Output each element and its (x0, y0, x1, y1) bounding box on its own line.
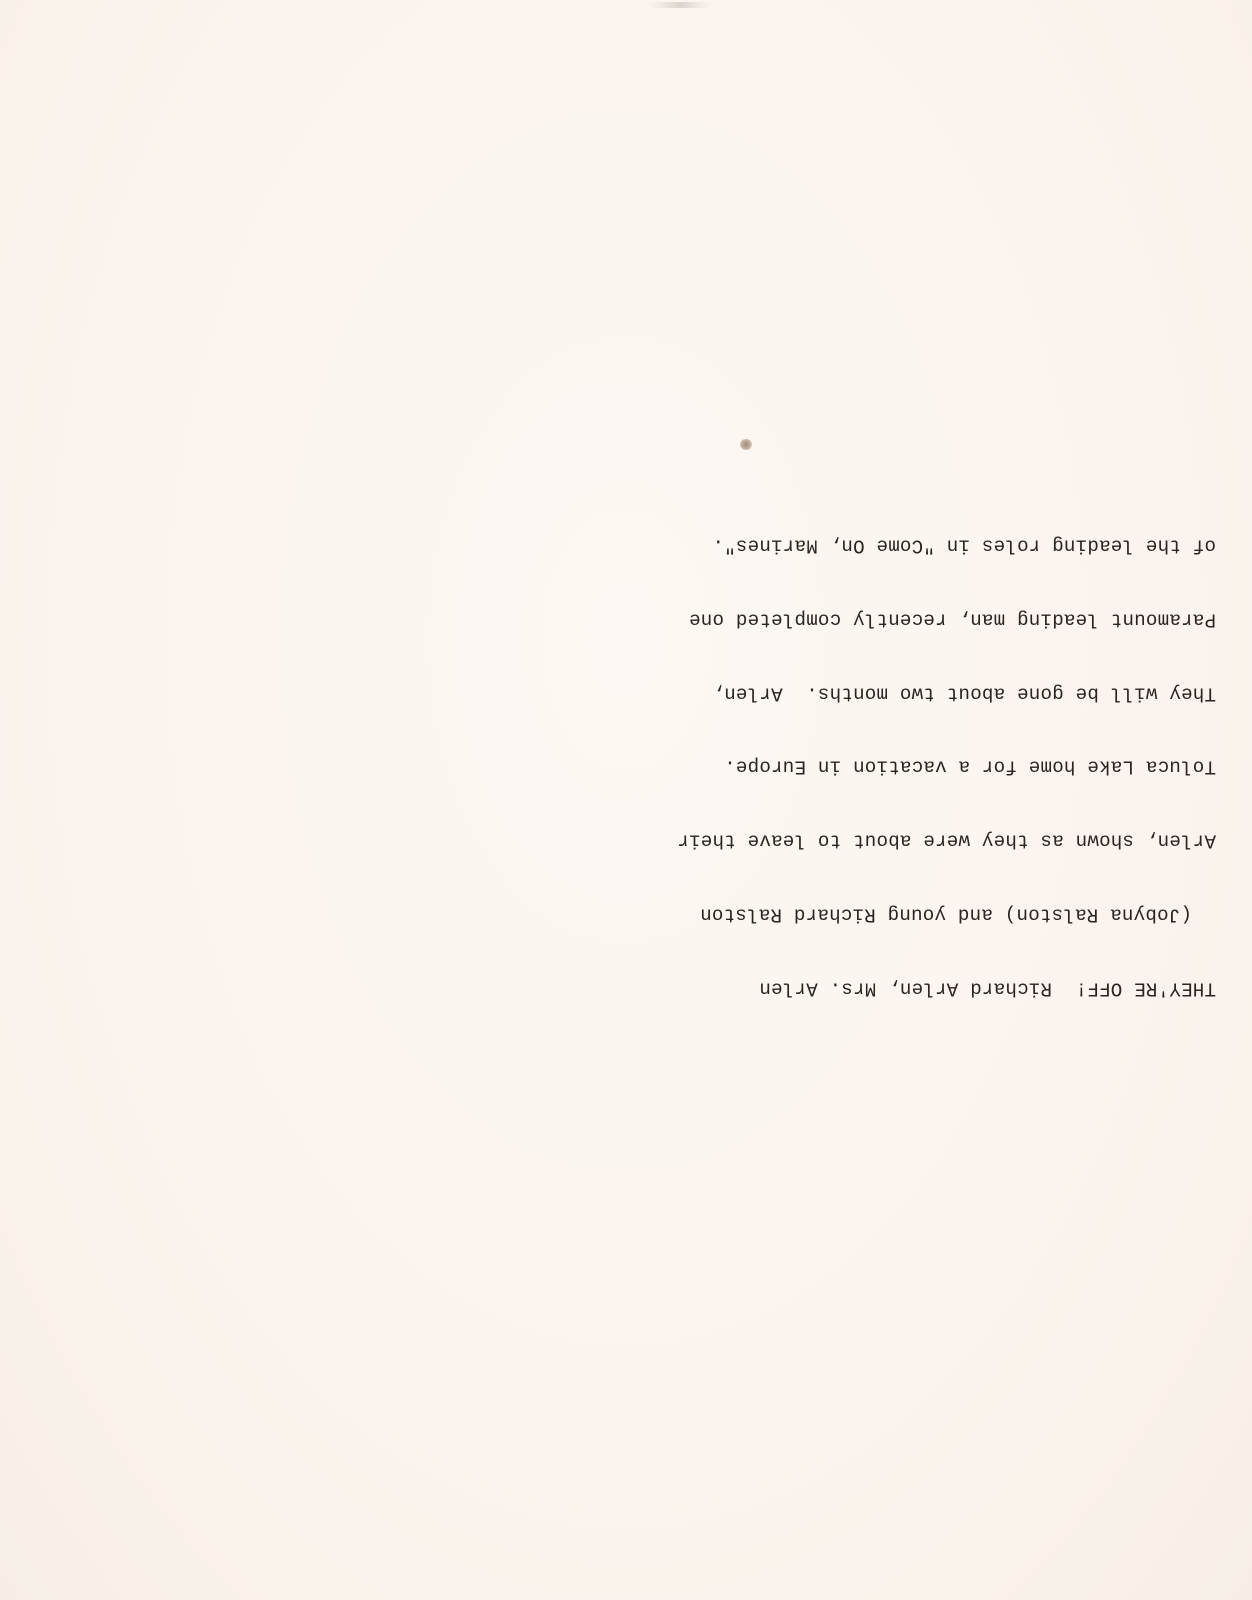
paper-sheet: THEY'RE OFF! Richard Arlen, Mrs. Arlen (… (0, 0, 1252, 1600)
caption-line-4: Toluca Lake home for a vacation in Europ… (396, 755, 1216, 780)
typed-caption: THEY'RE OFF! Richard Arlen, Mrs. Arlen (… (396, 484, 1216, 1050)
caption-line-3: Arlen, shown as they were about to leave… (396, 828, 1216, 853)
caption-line-1: THEY'RE OFF! Richard Arlen, Mrs. Arlen (396, 976, 1216, 1001)
caption-line-6: Paramount leading man, recently complete… (396, 607, 1216, 632)
ink-smudge (740, 439, 752, 450)
paper-mark (650, 2, 710, 8)
caption-line-5: They will be gone about two months. Arle… (396, 681, 1216, 706)
caption-line-2: (Jobyna Ralston) and young Richard Ralst… (396, 902, 1216, 927)
caption-line-7: of the leading roles in "Come On, Marine… (396, 533, 1216, 558)
